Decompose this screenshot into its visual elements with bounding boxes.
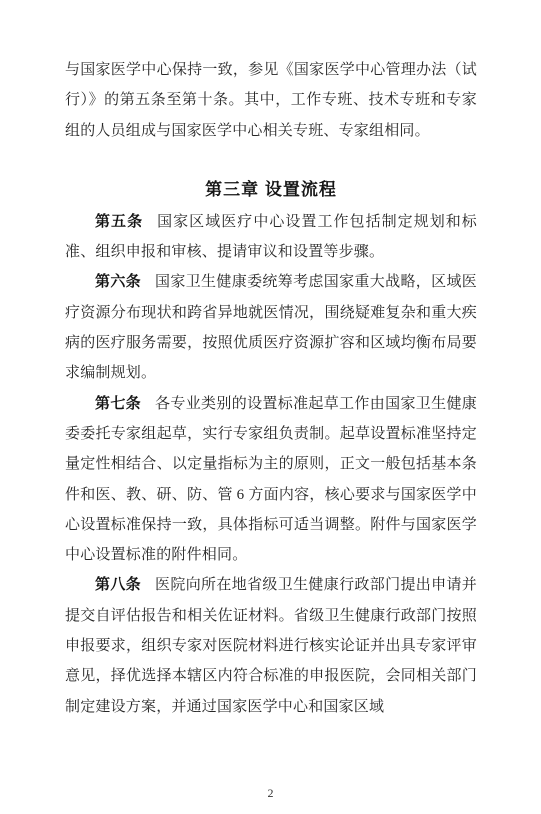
article-label: 第五条 <box>95 213 143 230</box>
article-text: 国家卫生健康委统筹考虑国家重大战略，区域医疗资源分布现状和跨省异地就医情况，围绕… <box>65 274 477 381</box>
document-body: 与国家医学中心保持一致，参见《国家医学中心管理办法（试行）》的第五条至第十条。其… <box>0 0 541 722</box>
article-paragraph-5: 第五条国家区域医疗中心设置工作包括制定规划和标准、组织申报和审核、提请审议和设置… <box>65 207 477 268</box>
article-text: 医院向所在地省级卫生健康行政部门提出申请并提交自评估报告和相关佐证材料。省级卫生… <box>65 577 477 714</box>
page-number: 2 <box>0 786 541 800</box>
chapter-heading: 第三章 设置流程 <box>65 175 477 205</box>
article-text: 各专业类别的设置标准起草工作由国家卫生健康委委托专家组起草，实行专家组负责制。起… <box>65 396 477 563</box>
document-page: 与国家医学中心保持一致，参见《国家医学中心管理办法（试行）》的第五条至第十条。其… <box>0 0 541 814</box>
article-paragraph-6: 第六条国家卫生健康委统筹考虑国家重大战略，区域医疗资源分布现状和跨省异地就医情况… <box>65 267 477 388</box>
article-label: 第七条 <box>95 395 141 412</box>
article-paragraph-8: 第八条医院向所在地省级卫生健康行政部门提出申请并提交自评估报告和相关佐证材料。省… <box>65 570 477 721</box>
article-label: 第八条 <box>95 576 141 593</box>
article-label: 第六条 <box>95 273 141 290</box>
article-paragraph-7: 第七条各专业类别的设置标准起草工作由国家卫生健康委委托专家组起草，实行专家组负责… <box>65 389 477 571</box>
paragraph-continuation: 与国家医学中心保持一致，参见《国家医学中心管理办法（试行）》的第五条至第十条。其… <box>65 55 477 146</box>
paragraph-text: 与国家医学中心保持一致，参见《国家医学中心管理办法（试行）》的第五条至第十条。其… <box>65 62 477 139</box>
